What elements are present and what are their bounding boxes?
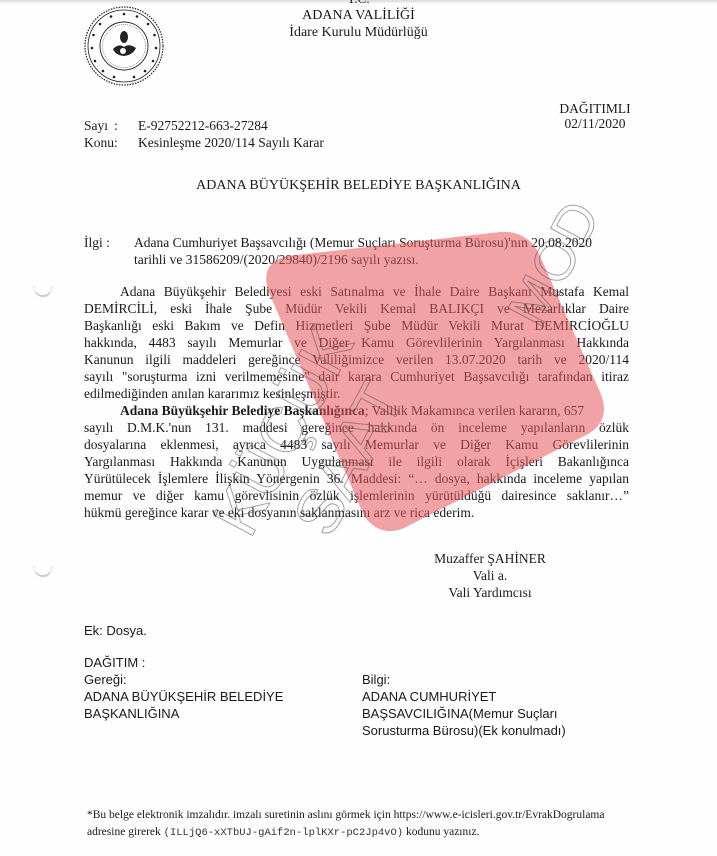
action-label: Gereği: [84,671,127,688]
bold-lead: Adana Büyükşehir Belediye Başkanlığınca [120,403,365,418]
paragraph-line: hakkında, 4483 sayılı Memurlar ve Diğer … [84,334,629,351]
addressee-heading: ADANA BÜYÜKŞEHİR BELEDİYE BAŞKANLIĞINA [0,178,717,194]
e-signature-note: *Bu belge elektronik imzalıdır. imzalı s… [87,808,604,822]
subject-label: Konu [84,134,114,151]
action-recipient-line: BAŞKANLIĞINA [84,705,179,722]
punch-hole [34,286,52,297]
reference-number-value: E-92752212-663-27284 [138,118,268,133]
punch-hole [34,566,52,577]
paragraph-line: Adana Büyükşehir Belediyesi eski Satınal… [120,283,629,300]
colon: : [114,134,138,151]
paragraph-line: sayılı D.M.K.'nun 131. maddesi gereğince… [84,419,629,436]
paragraph-line: edilmediğinden anılan kararımız kesinleş… [84,385,629,402]
attachment-note: Ek: Dosya. [84,622,147,639]
paragraph-line: Kanunun ilgili maddeleri gereğince Valil… [84,351,629,368]
distribution-flag: DAĞITIMLI [520,101,670,117]
subject-value: Kesinleşme 2020/114 Sayılı Karar [138,135,324,150]
reference-text-line: Adana Cumhuriyet Başsavcılığı (Memur Suç… [134,235,592,251]
paragraph-line: sayılı "soruşturma izni verilmemesine" d… [84,368,629,385]
republic-label: T.C. [0,0,717,7]
verification-note: adresine girerek (ILLjQ6-xXTbUJ-gAif2n-l… [87,825,479,840]
paragraph-line: Yargılanması Hakkında Kanunun Uygulanmas… [84,453,629,470]
reference-label: İlgi : [84,235,110,251]
reference-number-row: Sayı:E-92752212-663-27284 [84,117,268,134]
signatory-on-behalf: Vali a. [405,567,575,584]
info-recipient-line: Sorusturma Bürosu)(Ek konulmadı) [362,722,566,739]
document-date: 02/11/2020 [520,116,670,132]
reference-text-line: tarihli ve 31586209/(2020/29840)/2196 sa… [134,252,419,268]
paragraph-line: dosyalarına eklenmesi, ayrıca 4483 sayıl… [84,436,629,453]
paragraph-line: Başkanlığı eski Bakım ve Defin Hizmetler… [84,317,629,334]
colon: : [114,117,138,134]
info-label: Bilgi: [362,671,390,688]
action-recipient-line: ADANA BÜYÜKŞEHİR BELEDİYE [84,688,283,705]
info-recipient-line: ADANA CUMHURİYET [362,688,496,705]
paragraph-line: memur ve diğer kamu görevlisinin özlük i… [84,487,629,504]
reference-number-label: Sayı [84,117,114,134]
governorship-title: ADANA VALİLİĞİ [0,8,717,24]
signatory-title: Vali Yardımcısı [405,584,575,601]
signatory-name: Muzaffer ŞAHİNER [405,550,575,567]
paragraph-line: DEMİRCİLİ, eski İhale Şube Müdür Vekili … [84,300,629,317]
info-recipient-line: BAŞSAVCILIĞINA(Memur Suçları [362,705,558,722]
department-title: İdare Kurulu Müdürlüğü [0,25,717,41]
subject-row: Konu:Kesinleşme 2020/114 Sayılı Karar [84,134,324,151]
verification-suffix: kodunu yazınız. [403,826,479,838]
distribution-heading: DAĞITIM : [84,654,145,671]
paragraph-line: Yürütülecek İşlemlere İlişkin Yönergenin… [84,470,629,487]
paragraph-line: Adana Büyükşehir Belediye Başkanlığınca;… [120,402,629,419]
verification-code[interactable]: (ILLjQ6-xXTbUJ-gAif2n-lplKXr-pC2Jp4vO) [164,827,403,839]
paragraph-line-rest: ; Valilik Makamınca verilen kararın, 657 [365,403,584,418]
document-page: T.C. ADANA VALİLİĞİ İdare Kurulu Müdürlü… [0,0,717,856]
verification-prefix: adresine girerek [87,826,164,838]
paragraph-line: hükmü gereğince karar ve eki dosyanın sa… [84,504,629,521]
